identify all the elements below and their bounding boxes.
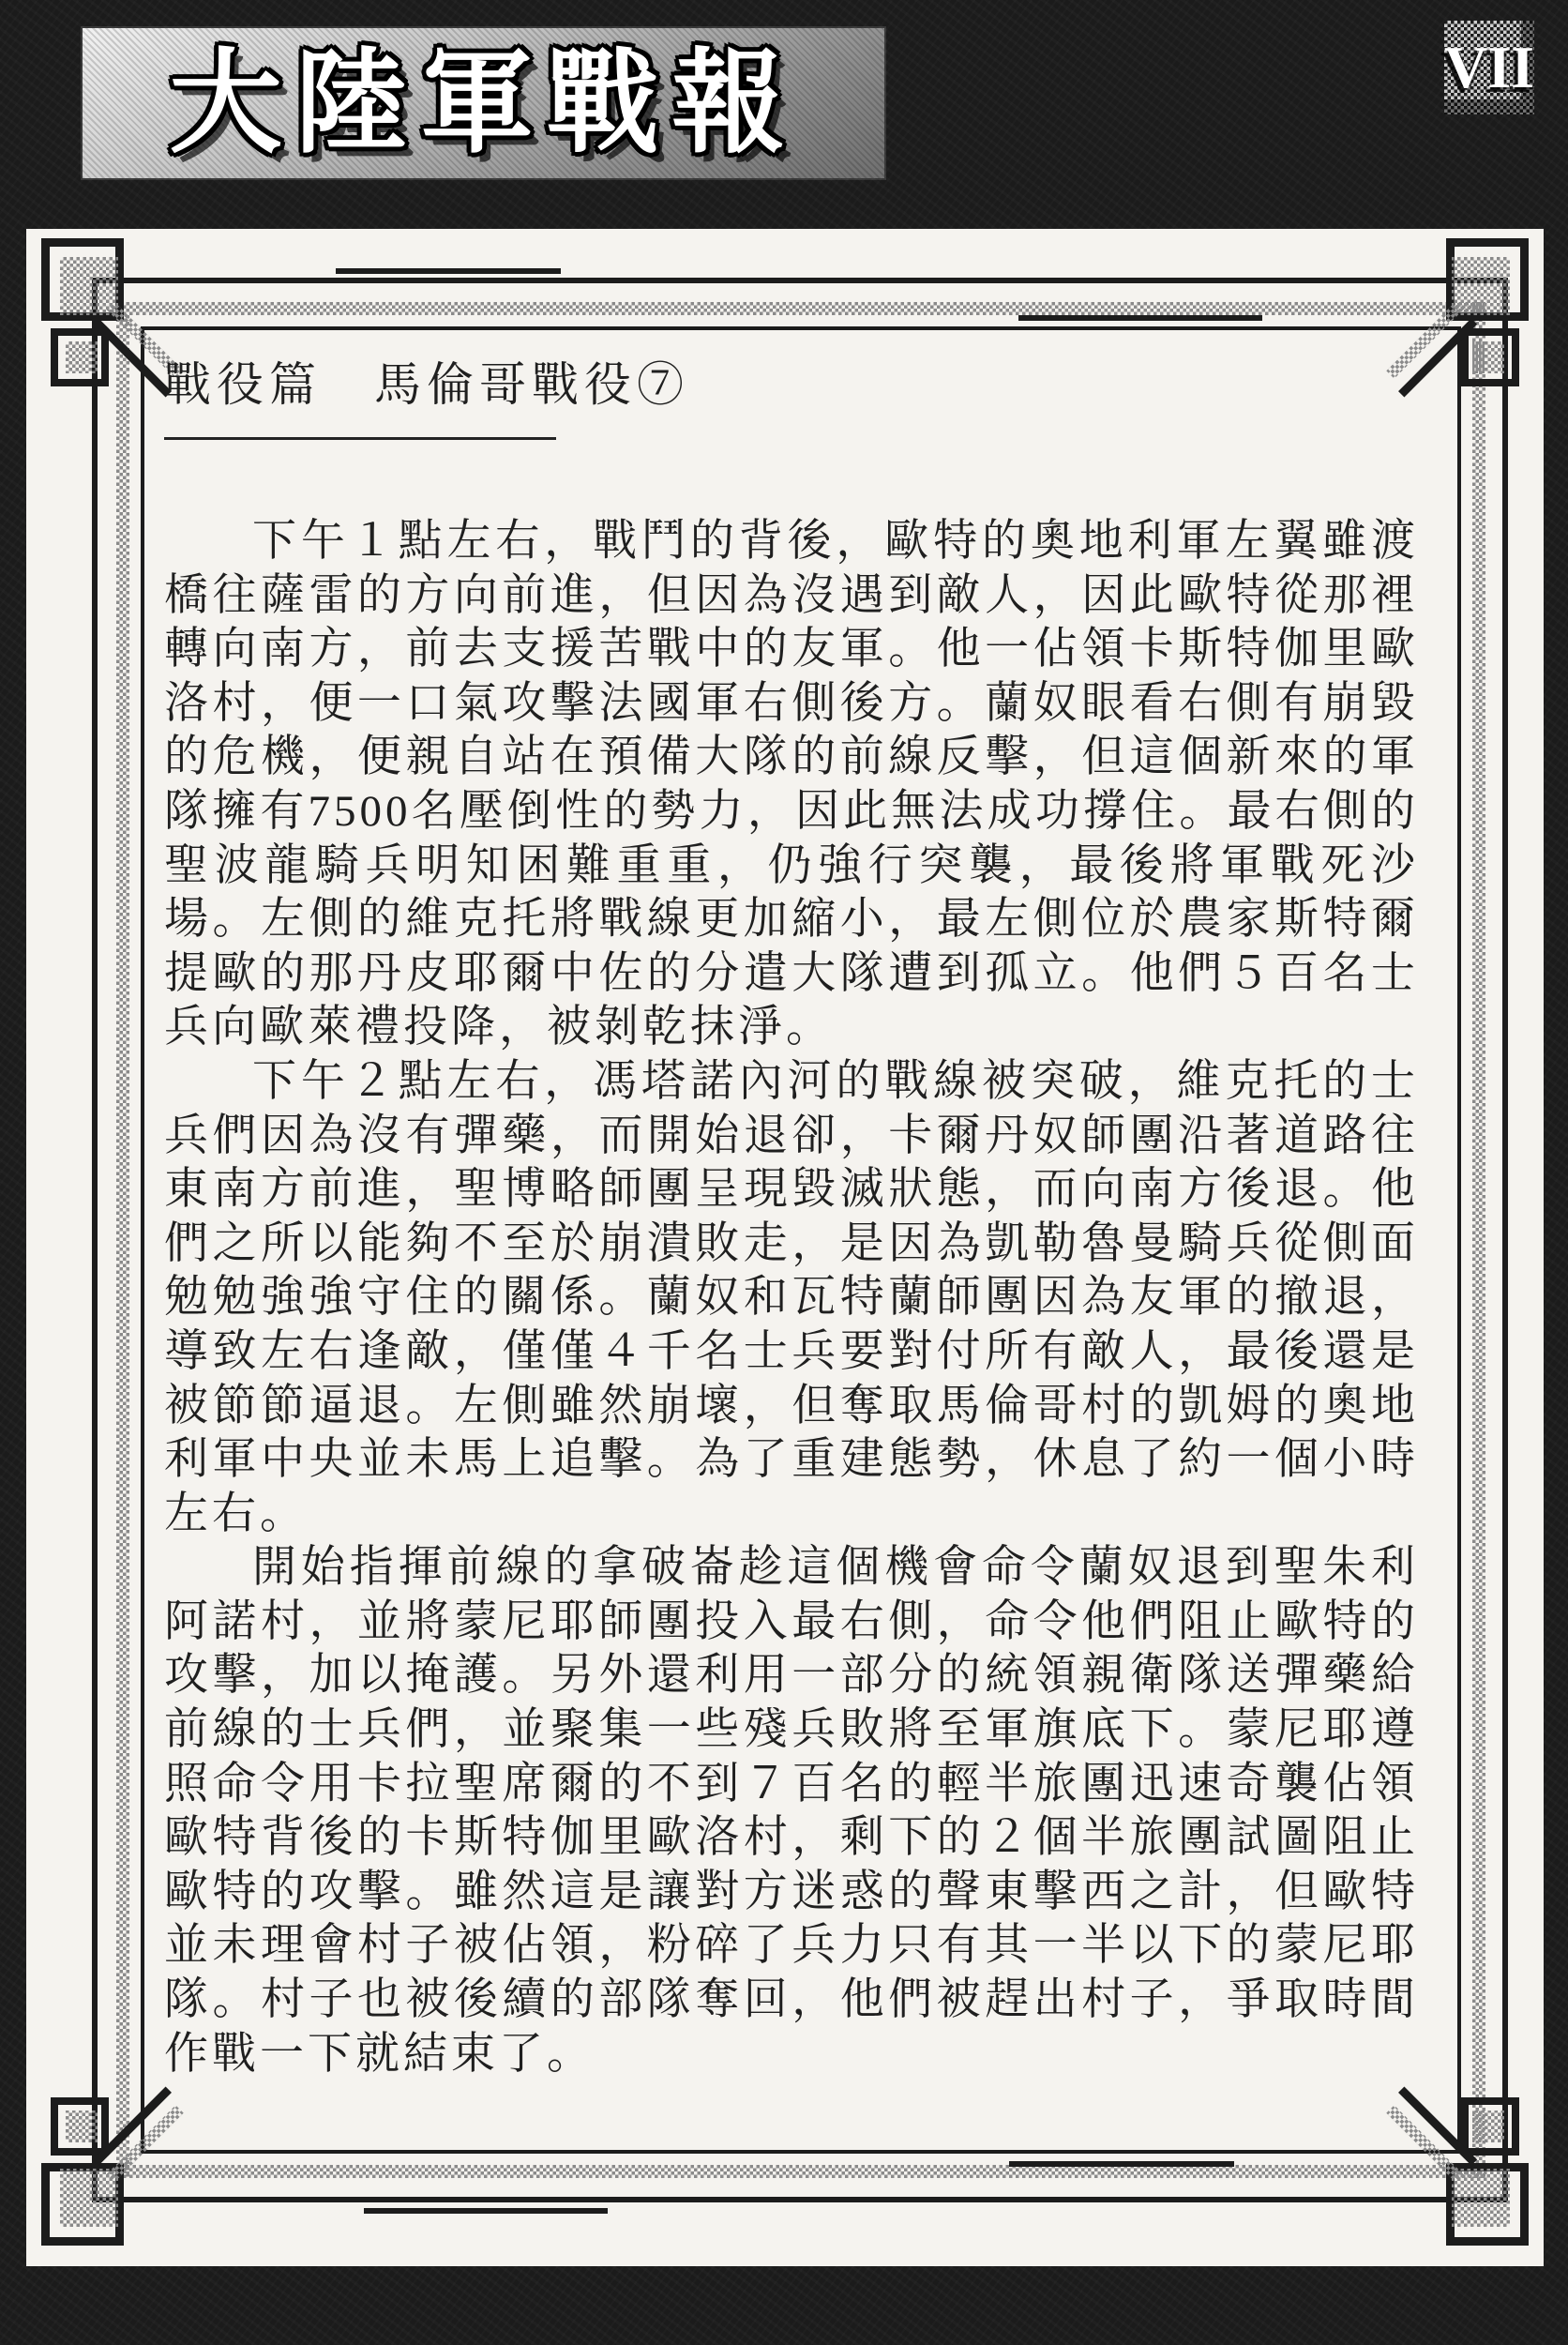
page-number: VII [1444, 38, 1534, 98]
article: 戰役篇 馬倫哥戰役⑦ 下午１點左右，戰鬥的背後，歐特的奧地利軍左翼雖渡橋往薩雷的… [164, 347, 1419, 2081]
paragraph-2: 下午２點左右，馮塔諾內河的戰線被突破，維克托的士兵們因為沒有彈藥，而開始退卻，卡… [164, 1055, 1419, 1541]
corner-square-icon [1446, 2163, 1529, 2246]
corner-square-icon [41, 238, 124, 321]
frame-halftone-band-right [1472, 302, 1485, 2178]
corner-diagonal-line [93, 318, 172, 397]
frame-halftone-band-left [116, 302, 129, 2178]
corner-small-square-icon [1461, 328, 1519, 386]
frame-meander-step [336, 268, 561, 274]
corner-square-icon [41, 2163, 124, 2246]
page-number-badge: VII [1444, 21, 1534, 114]
corner-small-halftone-icon [1472, 341, 1504, 373]
frame-corner-ornament-bottom-left [41, 2088, 199, 2246]
corner-halftone-square-icon [60, 2169, 118, 2227]
frame-meander-step [364, 2208, 608, 2214]
corner-halftone-square-icon [1452, 2169, 1510, 2227]
corner-small-halftone-icon [1472, 2110, 1504, 2142]
corner-diagonal-halftone [1386, 2105, 1463, 2182]
corner-halftone-square-icon [1452, 257, 1510, 315]
paragraph-1: 下午１點左右，戰鬥的背後，歐特的奧地利軍左翼雖渡橋往薩雷的方向前進，但因為沒遇到… [164, 515, 1419, 1055]
corner-halftone-square-icon [60, 257, 118, 315]
paragraph-3: 開始指揮前線的拿破崙趁這個機會命令蘭奴退到聖朱利阿諾村，並將蒙尼耶師團投入最右側… [164, 1541, 1419, 2081]
corner-diagonal-line [93, 2087, 172, 2166]
corner-small-halftone-icon [66, 2110, 98, 2142]
frame-halftone-band-top [116, 302, 1485, 315]
frame-meander-step [1018, 315, 1262, 321]
frame-corner-ornament-bottom-right [1371, 2088, 1529, 2246]
report-title-banner: 大陸軍戰報 [83, 28, 884, 178]
body-text: 下午１點左右，戰鬥的背後，歐特的奧地利軍左翼雖渡橋往薩雷的方向前進，但因為沒遇到… [164, 515, 1419, 2081]
section-heading: 戰役篇 馬倫哥戰役⑦ [164, 347, 1419, 415]
corner-small-halftone-icon [66, 341, 98, 373]
corner-diagonal-line [1398, 2087, 1477, 2166]
paper-panel: 戰役篇 馬倫哥戰役⑦ 下午１點左右，戰鬥的背後，歐特的奧地利軍左翼雖渡橋往薩雷的… [26, 229, 1544, 2266]
corner-small-square-icon [51, 328, 109, 386]
corner-diagonal-halftone [107, 2105, 184, 2182]
report-title: 大陸軍戰報 [170, 47, 798, 159]
corner-small-square-icon [51, 2097, 109, 2156]
corner-small-square-icon [1461, 2097, 1519, 2156]
corner-square-icon [1446, 238, 1529, 321]
frame-meander-step [1009, 2161, 1234, 2167]
frame-halftone-band-bottom [116, 2165, 1485, 2178]
heading-underline [164, 437, 556, 440]
